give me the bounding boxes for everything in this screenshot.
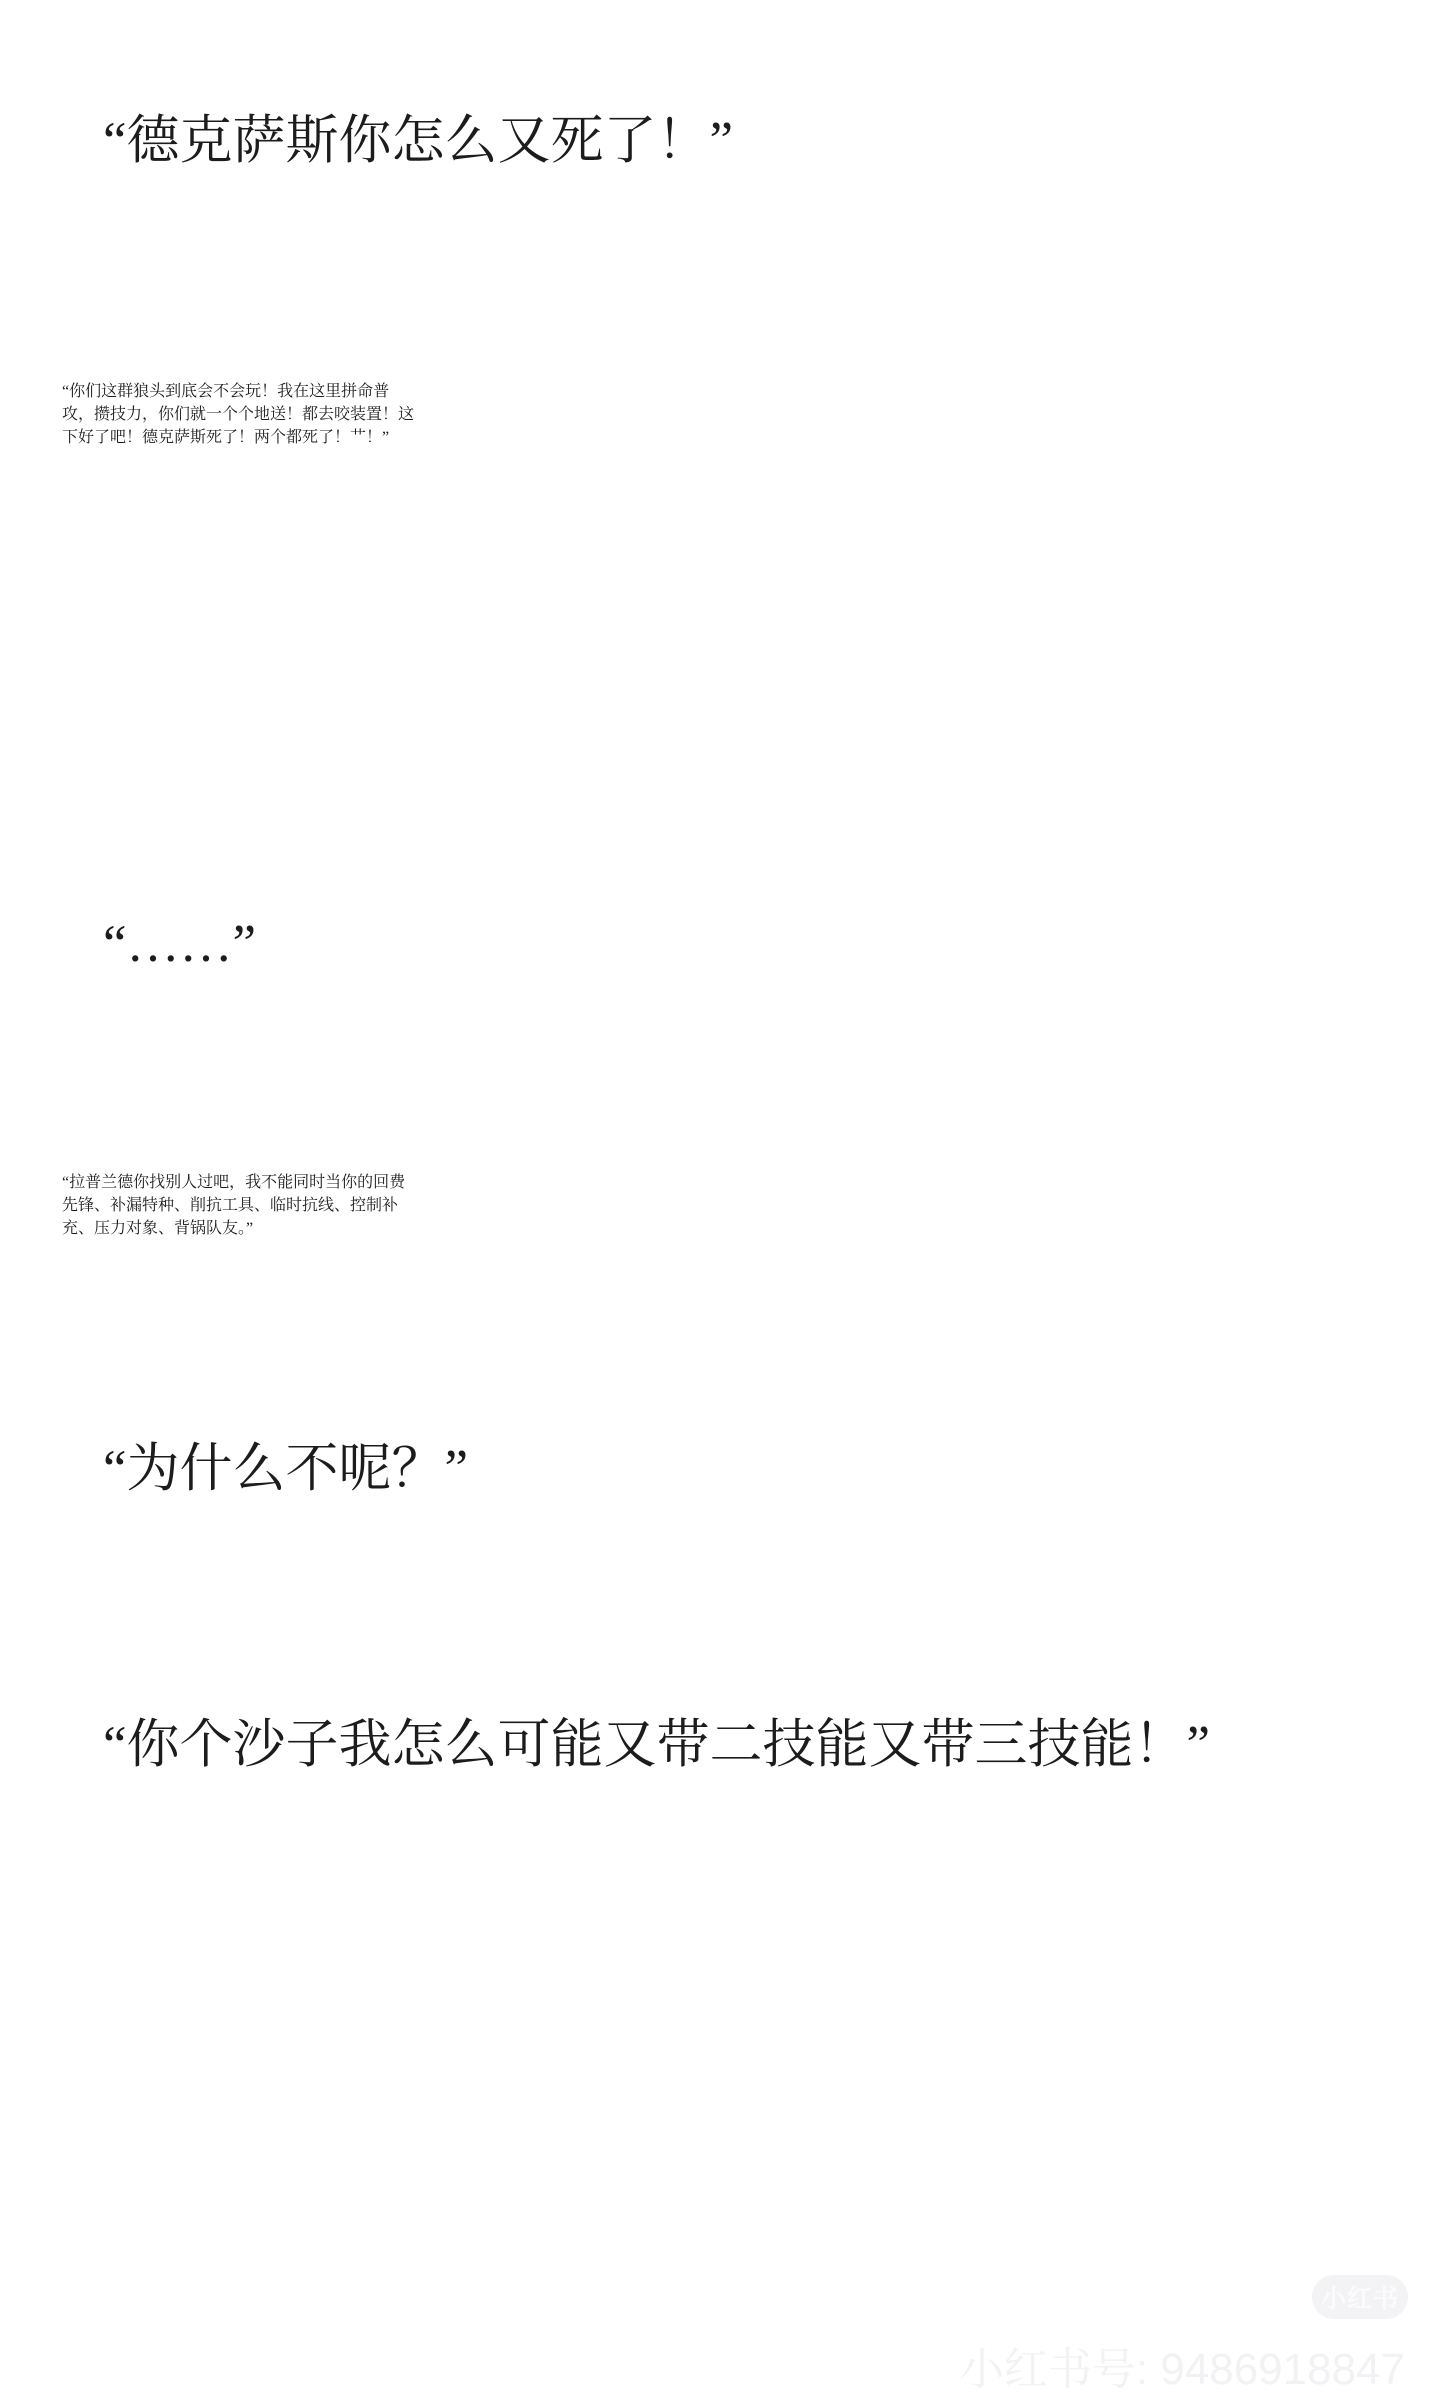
text-line: “为什么不呢？” bbox=[62, 1440, 468, 1498]
text-line: 先锋、补漏特种、削抗工具、临时抗线、控制补 bbox=[62, 1192, 1370, 1215]
text-line: 下好了吧！德克萨斯死了！两个都死了！艹！” bbox=[62, 424, 1370, 447]
dialogue-paragraph: “……” bbox=[62, 896, 1370, 993]
text-line: 攻，攒技力，你们就一个个地送！都去咬装置！这 bbox=[62, 401, 1370, 424]
dialogue-paragraph: “为什么不呢？” bbox=[62, 1421, 1370, 1518]
dialogue-paragraph: “德克萨斯你怎么又死了！” bbox=[62, 93, 1370, 190]
text-line: “你们这群狼头到底会不会玩！我在这里拼命普 bbox=[62, 378, 1370, 401]
text-line: 充、压力对象、背锅队友。” bbox=[62, 1215, 1370, 1238]
dialogue-paragraph: “你个沙子我怎么可能又带二技能又带三技能！” bbox=[62, 1697, 1370, 1794]
novel-text-area: “德克萨斯你怎么又死了！” “你们这群狼头到底会不会玩！我在这里拼命普 攻，攒技… bbox=[0, 0, 1440, 1794]
text-line: “你个沙子我怎么可能又带二技能又带三技能！” bbox=[62, 1716, 1210, 1774]
text-line: “德克萨斯你怎么又死了！” bbox=[62, 112, 733, 170]
text-line: “拉普兰德你找别人过吧，我不能同时当你的回费 bbox=[62, 1169, 1370, 1192]
novel-reader-page: { "page": { "background_color": "#ffffff… bbox=[0, 0, 1440, 2400]
xiaohongshu-logo-badge: 小红书 bbox=[1312, 2275, 1408, 2319]
xiaohongshu-account-watermark: 小红书号: 9486918847 bbox=[960, 2333, 1405, 2397]
text-line: “……” bbox=[62, 915, 256, 973]
